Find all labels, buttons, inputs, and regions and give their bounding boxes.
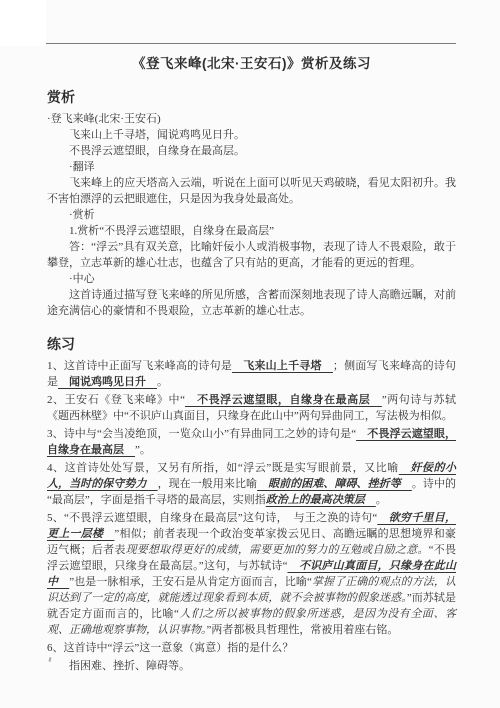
question-6: 6、这首诗中“浮云”这一意象（寓意）指的是什么？ — [47, 640, 456, 656]
text-segment: 练习 — [47, 336, 75, 352]
text-segment: ·翻译 — [69, 161, 95, 173]
text-segment: ·登飞来峰(北宋·王安石) — [47, 113, 161, 125]
question-4: 4、这首诗处处写景，又另有所指，如“浮云”既是实写眼前景，又比喻 奸佞的小人，当… — [47, 460, 456, 508]
scan-corner-artifact — [0, 0, 46, 46]
text-segment: 飞来峰上的应天塔高入云端，听说在上面可以听见天鸡破晓，看见太阳初升。我不害怕漂浮… — [47, 177, 456, 205]
subsection-label-analysis: ·赏析 — [47, 207, 456, 223]
text-segment: ”。 — [135, 444, 151, 456]
theme-paragraph: 这首诗通过描写登飞来峰的所见所感，含蓄而深刻地表现了诗人高瞻远瞩，对前途充满信心… — [47, 287, 456, 319]
poem-title-line: ·登飞来峰(北宋·王安石) — [47, 111, 456, 127]
text-segment: 这首诗通过描写登飞来峰的所见所感，含蓄而深刻地表现了诗人高瞻远瞩，对前途充满信心… — [47, 289, 456, 317]
text-segment: 不畏浮云遮望眼，自缘身在最高层。 — [69, 145, 245, 157]
text-segment: 闻说鸡鸣见日升 — [58, 376, 157, 388]
text-segment: 5、“不畏浮云遮望眼，自缘身在最高层”这句诗， 与王之涣的诗句“ — [47, 512, 377, 524]
text-segment: 。 — [376, 494, 387, 506]
text-segment: 飞来山上千寻塔 — [232, 360, 333, 372]
text-segment: 答：“浮云”具有双关意，比喻奸佞小人或消极事物，表现了诗人不畏艰险，敢于攀登，立… — [47, 241, 456, 269]
document-body: 《登飞来峰(北宋·王安石)》赏析及练习 赏析·登飞来峰(北宋·王安石)飞来山上千… — [47, 0, 456, 674]
question-1: 1、这首诗中正面写飞来峰高的诗句是 飞来山上千寻塔 ；侧面写飞来峰高的诗句是 闻… — [47, 358, 456, 390]
analysis-question-line: 1.赏析“不畏浮云遮望眼，自缘身在最高层” — [47, 223, 456, 239]
question-5: 5、“不畏浮云遮望眼，自缘身在最高层”这句诗， 与王之涣的诗句“ 欲穷千里目，更… — [47, 510, 456, 638]
translation-paragraph: 飞来峰上的应天塔高入云端，听说在上面可以听见天鸡破晓，看见太阳初升。我不害怕漂浮… — [47, 175, 456, 207]
question-6-answer: 指困难、挫折、障碍等。 — [47, 658, 456, 674]
text-segment: 赏析 — [47, 89, 75, 105]
text-segment: 3、诗中与“会当凌绝顶，一览众山小”有异曲同工之妙的诗句是“ — [47, 428, 356, 440]
text-segment: ·赏析 — [69, 209, 95, 221]
question-3: 3、诗中与“会当凌绝顶，一览众山小”有异曲同工之妙的诗句是“ 不畏浮云遮望眼，自… — [47, 426, 456, 458]
appreciation-heading: 赏析 — [47, 87, 456, 107]
text-segment: 6、这首诗中“浮云”这一意象（寓意）指的是什么？ — [47, 642, 293, 654]
text-segment: 2、王安石《登飞来峰》中“ — [47, 394, 185, 406]
analysis-answer-paragraph: 答：“浮云”具有双关意，比喻奸佞小人或消极事物，表现了诗人不畏艰险，敢于攀登，立… — [47, 239, 456, 271]
exercise-heading: 练习 — [47, 334, 456, 354]
text-segment: ”两者都极具哲理性，常被用着座右铭。 — [207, 624, 399, 636]
text-segment: 1、这首诗中正面写飞来峰高的诗句是 — [47, 360, 232, 372]
text-segment: ·中心 — [69, 273, 95, 285]
text-segment: 指困难、挫折、障碍等。 — [69, 660, 190, 672]
text-segment: 不畏浮云遮望眼，自缘身在最高层 — [185, 394, 382, 406]
text-segment: 现要想取得更好的成绩，需要更加的努力的互勉或自励之意。 — [126, 544, 429, 556]
document-page: 《登飞来峰(北宋·王安石)》赏析及练习 赏析·登飞来峰(北宋·王安石)飞来山上千… — [0, 0, 500, 708]
text-segment: ”也是一脉相承，王安石是从肯定方面而言，比喻“ — [69, 576, 312, 588]
subsection-label-center: ·中心 — [47, 271, 456, 287]
text-segment: 。 — [157, 376, 168, 388]
subsection-label-translation: ·翻译 — [47, 159, 456, 175]
poem-line: 不畏浮云遮望眼，自缘身在最高层。 — [47, 143, 456, 159]
text-segment: 眼前的困难、障碍、挫折等 — [257, 478, 412, 490]
blocks-container: 赏析·登飞来峰(北宋·王安石)飞来山上千寻塔，闻说鸡鸣见日升。不畏浮云遮望眼，自… — [47, 87, 456, 674]
text-segment: 4、这首诗处处写景，又另有所指，如“浮云”既是实写眼前景，又比喻 — [47, 462, 399, 474]
poem-line: 飞来山上千寻塔，闻说鸡鸣见日升。 — [47, 127, 456, 143]
text-segment: 政治上的最高决策层 — [266, 494, 376, 506]
text-segment: ，现在一般用来比喻 — [158, 478, 258, 490]
text-segment: 1.赏析“不畏浮云遮望眼，自缘身在最高层” — [69, 225, 274, 237]
page-title: 《登飞来峰(北宋·王安石)》赏析及练习 — [47, 52, 456, 72]
question-2: 2、王安石《登飞来峰》中“ 不畏浮云遮望眼，自缘身在最高层 ”两句诗与苏轼《题西… — [47, 392, 456, 424]
text-segment: 飞来山上千寻塔，闻说鸡鸣见日升。 — [69, 129, 245, 141]
